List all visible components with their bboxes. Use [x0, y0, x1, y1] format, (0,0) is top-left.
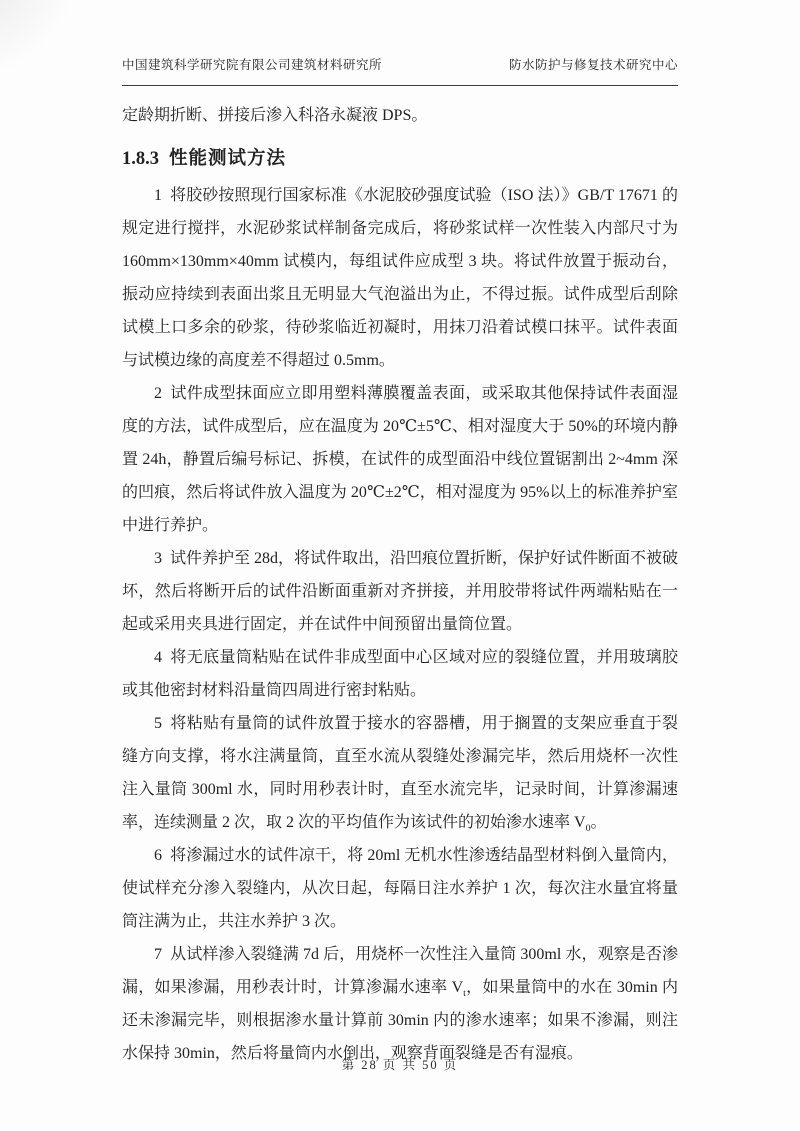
paragraph-2: 2 试件成型抹面应立即用塑料薄膜覆盖表面，或采取其他保持试件表面湿度的方法，试件…	[122, 377, 678, 542]
paragraph-5: 5 将粘贴有量筒的试件放置于接水的容器槽，用于搁置的支架应垂直于裂缝方向支撑，将…	[122, 707, 678, 839]
header-left: 中国建筑科学研究院有限公司建筑材料研究所	[122, 56, 382, 74]
paragraph-text: 3 试件养护至 28d，将试件取出，沿凹痕位置折断，保护好试件断面不被破坏，然后…	[122, 550, 678, 633]
document-page: 中国建筑科学研究院有限公司建筑材料研究所 防水防护与修复技术研究中心 定龄期折断…	[0, 0, 800, 1131]
paragraph-text: 1 将胶砂按照现行国家标准《水泥胶砂强度试验（ISO 法）》GB/T 17671…	[122, 187, 678, 369]
document-body: 1 将胶砂按照现行国家标准《水泥胶砂强度试验（ISO 法）》GB/T 17671…	[122, 179, 678, 1070]
section-heading-title: 性能测试方法	[169, 147, 286, 168]
paragraph-1: 1 将胶砂按照现行国家标准《水泥胶砂强度试验（ISO 法）》GB/T 17671…	[122, 179, 678, 377]
paragraph-6: 6 将渗漏过水的试件凉干，将 20ml 无机水性渗透结晶型材料倒入量筒内，使试样…	[122, 839, 678, 938]
page-footer: 第 28 页 共 50 页	[0, 1055, 800, 1073]
section-heading-number: 1.8.3	[122, 149, 159, 169]
paragraph-3: 3 试件养护至 28d，将试件取出，沿凹痕位置折断，保护好试件断面不被破坏，然后…	[122, 542, 678, 641]
paragraph-text: 。	[591, 814, 607, 831]
paragraph-text: 4 将无底量筒粘贴在试件非成型面中心区域对应的裂缝位置，并用玻璃胶或其他密封材料…	[122, 649, 678, 699]
paragraph-text: 6 将渗漏过水的试件凉干，将 20ml 无机水性渗透结晶型材料倒入量筒内，使试样…	[122, 847, 678, 930]
section-heading: 1.8.3性能测试方法	[122, 141, 678, 176]
paragraph-text: 2 试件成型抹面应立即用塑料薄膜覆盖表面，或采取其他保持试件表面湿度的方法，试件…	[122, 385, 678, 534]
header-right: 防水防护与修复技术研究中心	[509, 56, 678, 74]
paragraph-4: 4 将无底量筒粘贴在试件非成型面中心区域对应的裂缝位置，并用玻璃胶或其他密封材料…	[122, 641, 678, 707]
continuation-text: 定龄期折断、拼接后渗入科洛永凝液 DPS。	[122, 99, 678, 132]
paragraph-7: 7 从试样渗入裂缝满 7d 后，用烧杯一次性注入量筒 300ml 水，观察是否渗…	[122, 938, 678, 1070]
page-header: 中国建筑科学研究院有限公司建筑材料研究所 防水防护与修复技术研究中心	[122, 56, 678, 86]
